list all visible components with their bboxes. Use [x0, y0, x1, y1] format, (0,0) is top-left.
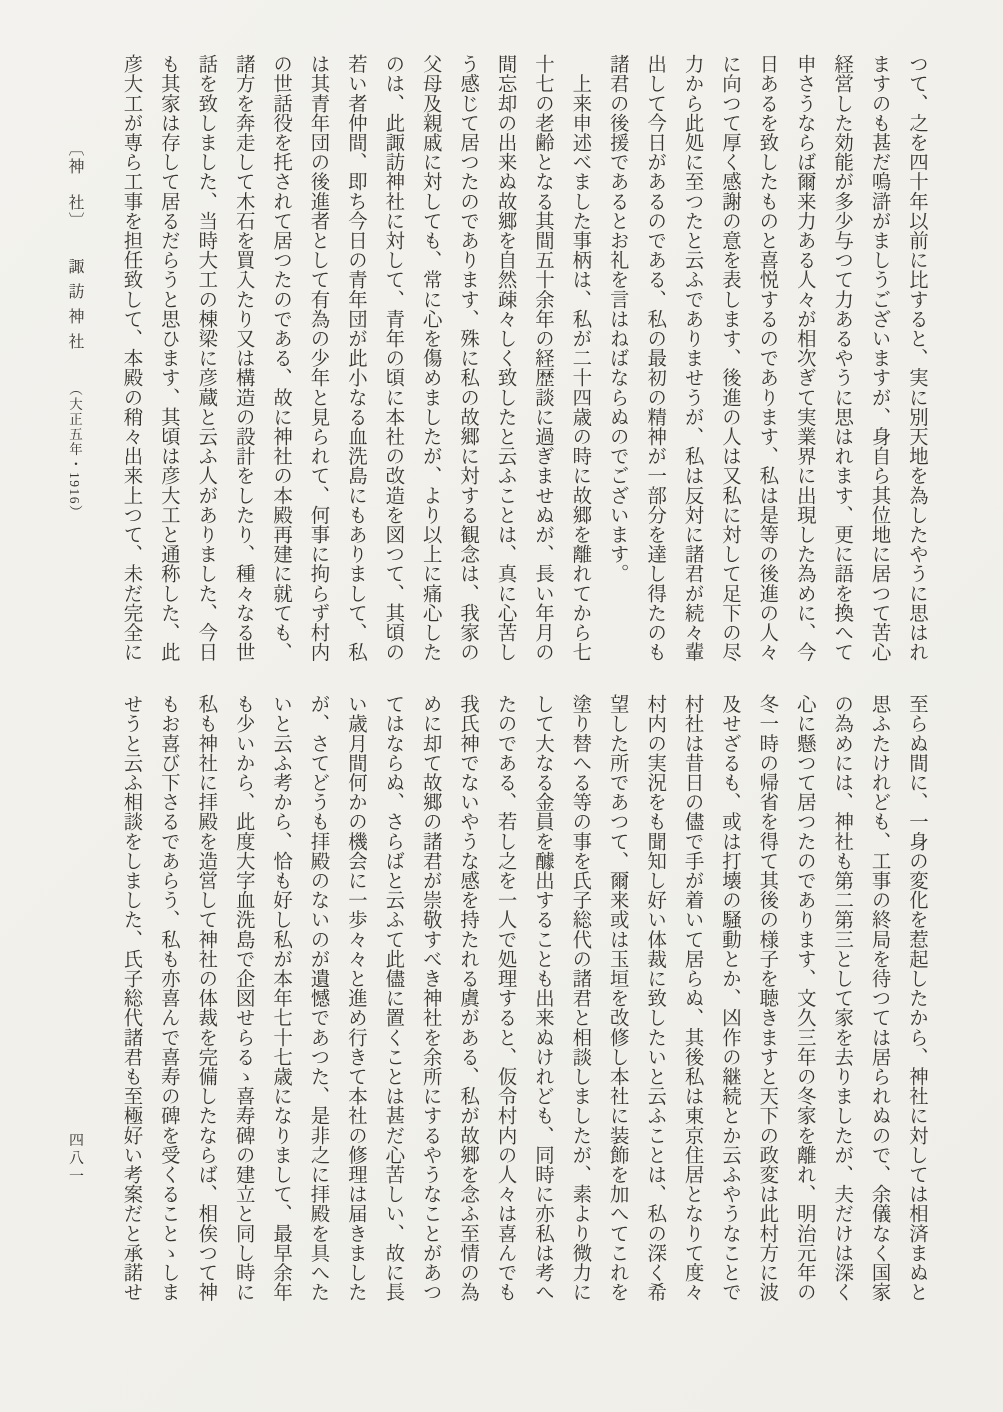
text-column: 心に懸つて居つたのであります、文久三年の冬家を離れ、明治元年の [785, 694, 822, 1304]
text-column: に向つて厚く感謝の意を表します、後進の人は又私に対して足下の尽 [711, 54, 748, 662]
text-column: 至らぬ間に、一身の変化を惹起したから、神社に対しては相済まぬと [898, 694, 935, 1304]
text-column: の為めには、神社も第二第三として家を去りましたが、夫だけは深く [823, 694, 860, 1304]
text-column: 及せざるも、或は打壊の騒動とか、凶作の継続とか云ふやうなことで [711, 694, 748, 1304]
text-column: 望した所であつて、爾来或は玉垣を改修し本社に装飾を加へてこれを [598, 694, 635, 1304]
text-column: 話を致しました、当時大工の棟梁に彦蔵と云ふ人がありました、今日 [187, 54, 224, 662]
text-column: 村内の実況をも聞知し好い体裁に致したいと云ふことは、私の深く希 [636, 694, 673, 1304]
text-column: いと云ふ考から、恰も好し私が本年七十七歳になりまして、最早余年 [262, 694, 299, 1304]
text-column: 我氏神でないやうな感を持たれる虞がある、私が故郷を念ふ至情の為 [449, 694, 486, 1304]
text-column: つて、之を四十年以前に比すると、実に別天地を為したやうに思はれ [898, 54, 935, 662]
text-column: 間忘却の出来ぬ故郷を自然疎々しく致したと云ふことは、真に心苦し [486, 54, 523, 662]
text-column: 父母及親戚に対しても、常に心を傷めましたが、より以上に痛心した [411, 54, 448, 662]
text-column: たのである、若し之を一人で処理すると、仮令村内の人々は喜んでも [486, 694, 523, 1304]
text-column: 諸方を奔走して木石を買入たり又は構造の設計をしたり、種々なる世 [224, 54, 261, 662]
text-column: も其家は存して居るだらうと思ひます、其頃は彦大工と通称した、此 [149, 54, 186, 662]
text-column: 出して今日があるのである、私の最初の精神が一部分を達し得たのも [636, 54, 673, 662]
text-column: 力から此処に至つたと云ふでありませうが、私は反対に諸君が続々輩 [673, 54, 710, 662]
text-column: てはならぬ、さらばと云ふて此儘に置くことは甚だ心苦しい、故に長 [374, 694, 411, 1304]
text-column: 思ふたけれども、工事の終局を待つては居られぬので、余儀なく国家 [860, 694, 897, 1304]
section-category-label: 〔神 社〕 [66, 140, 83, 230]
text-column: 若い者仲間、即ち今日の青年団が此小なる血洗島にもありまして、私 [337, 54, 374, 662]
text-column: のは、此諏訪神社に対して、青年の頃に本社の改造を図つて、其頃の [374, 54, 411, 662]
text-column: 村社は昔日の儘で手が着いて居らぬ、其後私は東京住居となりて度々 [673, 694, 710, 1304]
section-title: 諏訪神社 [66, 258, 83, 358]
scanned-document-page: つて、之を四十年以前に比すると、実に別天地を為したやうに思はれますのも甚だ嗚滸が… [0, 0, 1003, 1412]
text-column: せうと云ふ相談をしました、氏子総代諸君も至極好い考案だと承諾せ [112, 694, 149, 1304]
page-number: 四八一 [65, 1132, 86, 1186]
text-column: の世話役を托されて居つたのである、故に神社の本殿再建に就ても、 [262, 54, 299, 662]
section-date: （大正五年・1916） [67, 382, 82, 520]
text-column: ますのも甚だ嗚滸がましうございますが、身自ら其位地に居つて苦心 [860, 54, 897, 662]
text-column: 上来申述べました事柄は、私が二十四歳の時に故郷を離れてから七 [561, 54, 598, 662]
text-column: 諸君の後援であるとお礼を言はねばならぬのでございます。 [598, 54, 635, 662]
section-header: 〔神 社〕諏訪神社（大正五年・1916） [63, 140, 86, 480]
text-column: 塗り替へる等の事を氏子総代の諸君と相談しましたが、素より微力に [561, 694, 598, 1304]
text-column: も少いから、此度大字血洗島で企図せらるゝ喜寿碑の建立と同し時に [224, 694, 261, 1304]
text-column: 経営した効能が多少与つて力あるやうに思はれます、更に語を換へて [823, 54, 860, 662]
text-column: う感じて居つたのであります、殊に私の故郷に対する観念は、我家の [449, 54, 486, 662]
text-column: もお喜び下さるであらう、私も亦喜んで喜寿の碑を受くることゝしま [149, 694, 186, 1304]
text-column: 日あるを致したものと喜悦するのであります、私は是等の後進の人々 [748, 54, 785, 662]
text-column: 申さうならば爾来力ある人々が相次ぎて実業界に出現した為めに、今 [785, 54, 822, 662]
text-column: 私も神社に拝殿を造営して神社の体裁を完備したならば、相俟つて神 [187, 694, 224, 1304]
text-column: 彦大工が専ら工事を担任致して、本殿の稍々出来上つて、未だ完全に [112, 54, 149, 662]
text-column: 冬一時の帰省を得て其後の様子を聴きますと天下の政変は此村方に波 [748, 694, 785, 1304]
text-column: 十七の老齢となる其間五十余年の経歴談に過ぎませぬが、長い年月の [524, 54, 561, 662]
text-column: が、さてどうも拝殿のないのが遺憾であつた、是非之に拝殿を具へた [299, 694, 336, 1304]
text-column: して大なる金員を醵出することも出来ぬけれども、同時に亦私は考へ [524, 694, 561, 1304]
text-column: めに却て故郷の諸君が崇敬すべき神社を余所にするやうなことがあつ [411, 694, 448, 1304]
text-column: い歳月間何かの機会に一歩々々と進め行きて本社の修理は届きました [337, 694, 374, 1304]
lower-text-block: 至らぬ間に、一身の変化を惹起したから、神社に対しては相済まぬと思ふたけれども、工… [112, 694, 935, 1304]
upper-text-block: つて、之を四十年以前に比すると、実に別天地を為したやうに思はれますのも甚だ嗚滸が… [112, 54, 935, 662]
text-column: は其青年団の後進者として有為の少年と見られて、何事に拘らず村内 [299, 54, 336, 662]
